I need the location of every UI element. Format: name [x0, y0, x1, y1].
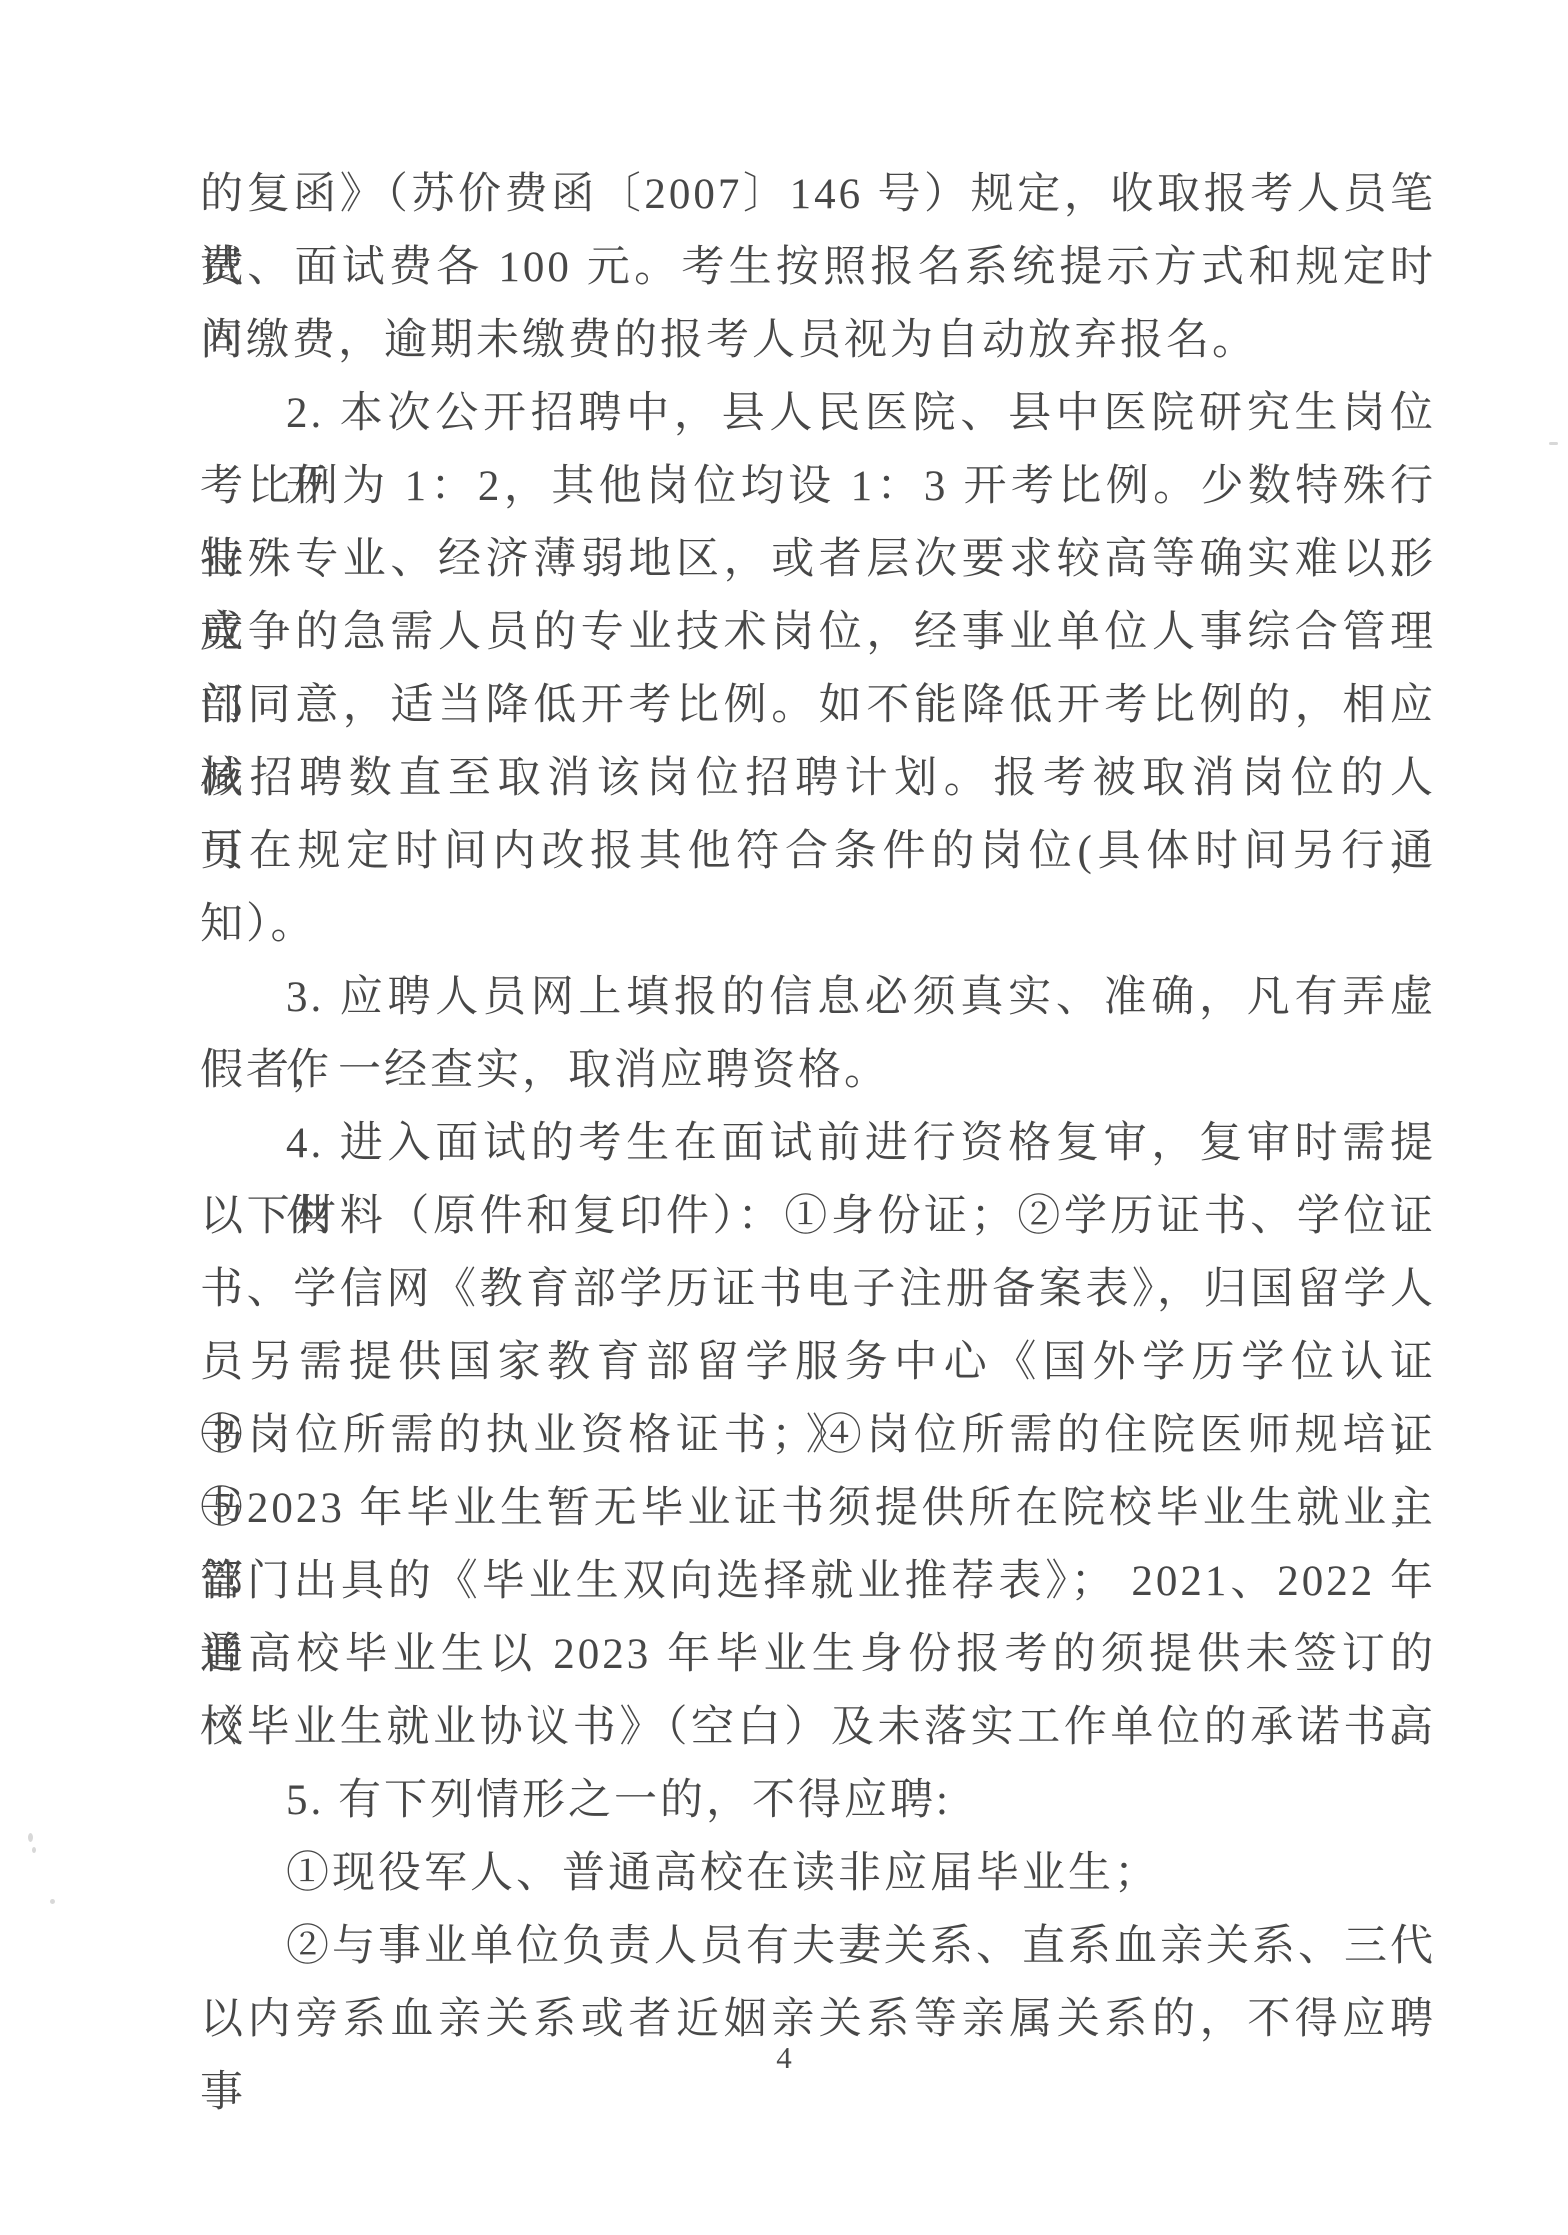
text-line: 的复函》（苏价费函〔2007〕146 号）规定，收取报考人员笔试 — [200, 158, 1436, 231]
text-line: 内缴费，逾期未缴费的报考人员视为自动放弃报名。 — [200, 304, 1436, 377]
text-line: 校毕业生就业协议书》（空白）及未落实工作单位的承诺书。 — [200, 1691, 1436, 1764]
text-line: 2. 本次公开招聘中，县人民医院、县中医院研究生岗位开 — [200, 377, 1436, 450]
text-line: 假者，一经查实，取消应聘资格。 — [200, 1034, 1436, 1107]
scan-speck — [1549, 442, 1558, 445]
text-line: ⑤2023 年毕业生暂无毕业证书须提供所在院校毕业生就业主管 — [200, 1472, 1436, 1545]
text-line: 5. 有下列情形之一的，不得应聘: — [200, 1764, 1436, 1837]
text-line: 以下材料（原件和复印件）：①身份证；②学历证书、学位证 — [200, 1180, 1436, 1253]
page-number: 4 — [0, 2038, 1568, 2078]
text-line: ③岗位所需的执业资格证书；④岗位所需的住院医师规培证书； — [200, 1399, 1436, 1472]
text-line: 可在规定时间内改报其他符合条件的岗位(具体时间另行通 — [200, 815, 1436, 888]
text-line: 员另需提供国家教育部留学服务中心《国外学历学位认证书》； — [200, 1326, 1436, 1399]
text-line: 特殊专业、经济薄弱地区，或者层次要求较高等确实难以形成 — [200, 523, 1436, 596]
text-line: 书、学信网《教育部学历证书电子注册备案表》，归国留学人 — [200, 1253, 1436, 1326]
text-line: 费、面试费各 100 元。考生按照报名系统提示方式和规定时间 — [200, 231, 1436, 304]
text-line: 减招聘数直至取消该岗位招聘计划。报考被取消岗位的人员， — [200, 742, 1436, 815]
text-line: 3. 应聘人员网上填报的信息必须真实、准确，凡有弄虚作 — [200, 961, 1436, 1034]
scanned-document-page: 的复函》（苏价费函〔2007〕146 号）规定，收取报考人员笔试 费、面试费各 … — [0, 0, 1568, 2235]
document-text-block: 的复函》（苏价费函〔2007〕146 号）规定，收取报考人员笔试 费、面试费各 … — [200, 158, 1436, 2056]
text-line: 考比例为 1：2，其他岗位均设 1：3 开考比例。少数特殊行业、 — [200, 450, 1436, 523]
text-line: ①现役军人、普通高校在读非应届毕业生； — [200, 1837, 1436, 1910]
scan-speck — [28, 1833, 33, 1842]
scan-speck — [32, 1847, 36, 1853]
text-line: 部门出具的《毕业生双向选择就业推荐表》； 2021、2022 年普 — [200, 1545, 1436, 1618]
text-line: 4. 进入面试的考生在面试前进行资格复审，复审时需提供 — [200, 1107, 1436, 1180]
text-line: 通高校毕业生以 2023 年毕业生身份报考的须提供未签订的《高 — [200, 1618, 1436, 1691]
text-line: 竞争的急需人员的专业技术岗位，经事业单位人事综合管理部 — [200, 596, 1436, 669]
scan-speck — [50, 1899, 55, 1904]
text-line: 知）。 — [200, 888, 1436, 961]
text-line: 门同意，适当降低开考比例。如不能降低开考比例的，相应核 — [200, 669, 1436, 742]
text-line: ②与事业单位负责人员有夫妻关系、直系血亲关系、三代 — [200, 1910, 1436, 1983]
